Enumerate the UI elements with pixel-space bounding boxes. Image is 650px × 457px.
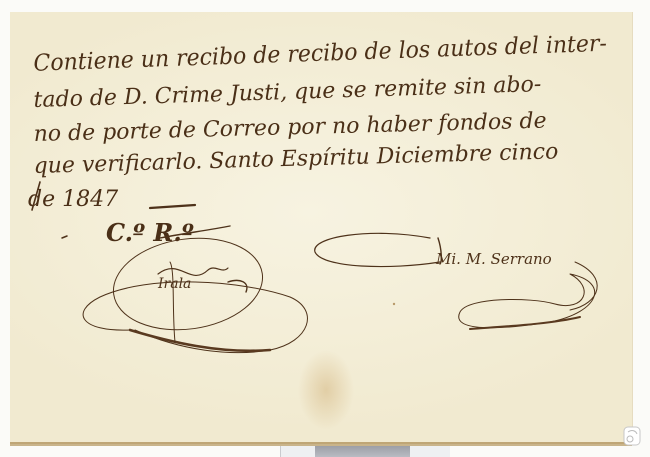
backing-strip-light-left <box>280 442 316 457</box>
backing-strip-light-right <box>410 442 450 457</box>
signature-left-text: Irala <box>157 276 191 292</box>
signature-flourishes: Irala Mi. M. Serrano <box>10 12 632 442</box>
watermark-logo-icon <box>622 425 644 449</box>
signature-right-text: Mi. M. Serrano <box>435 250 552 268</box>
manuscript-paper: Contiene un recibo de recibo de los auto… <box>10 12 632 444</box>
